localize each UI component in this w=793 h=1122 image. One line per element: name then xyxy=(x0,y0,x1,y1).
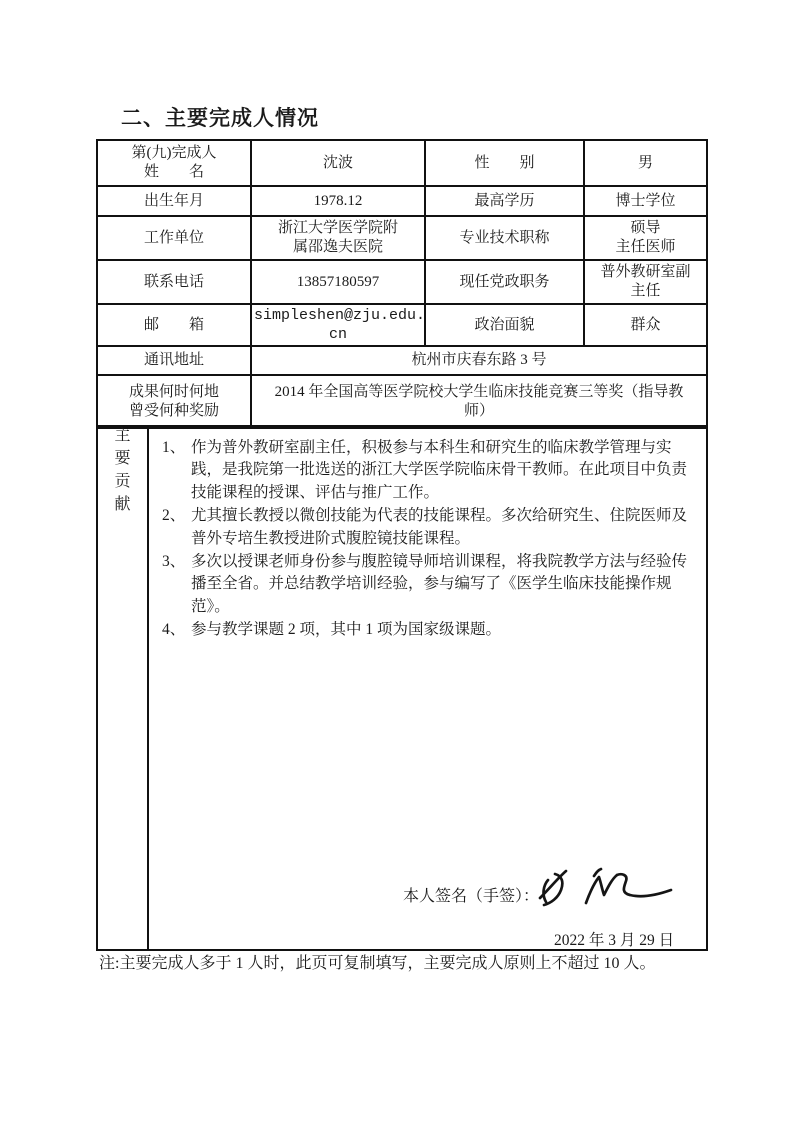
signature-date: 2022 年 3 月 29 日 xyxy=(554,928,674,950)
document-sheet: 二、主要完成人情况 第(九)完成人 姓 名 沈波 性 别 男 出生年月 1978… xyxy=(0,0,793,1122)
address-value: 杭州市庆春东路 3 号 xyxy=(251,346,707,375)
contribution-content: 1、 作为普外教研室副主任，积极参与本科生和研究生的临床教学管理与实 践，是我院… xyxy=(148,426,707,950)
completer-name-value: 沈波 xyxy=(251,140,425,186)
signature-label: 本人签名（手签）： xyxy=(403,883,539,906)
phone-value: 13857180597 xyxy=(251,260,425,304)
vertical-label: 主 要 贡 献 xyxy=(99,428,146,513)
email-label: 邮 箱 xyxy=(97,304,251,346)
item-number: 1、 xyxy=(162,437,191,504)
birth-date-value: 1978.12 xyxy=(251,186,425,216)
political-status-value: 群众 xyxy=(584,304,707,346)
party-position-value: 普外教研室副 主任 xyxy=(584,260,707,304)
address-label: 通讯地址 xyxy=(97,346,251,375)
handwritten-signature xyxy=(536,866,676,918)
phone-label: 联系电话 xyxy=(97,260,251,304)
item-text: 参与教学课题 2 项，其中 1 项为国家级课题。 xyxy=(191,619,699,641)
table-row: 主 要 贡 献 1、 作为普外教研室副主任，积极参与本科生和研究生的临床教学管理… xyxy=(97,426,707,950)
completer-name-label: 第(九)完成人 姓 名 xyxy=(97,140,251,186)
birth-date-label: 出生年月 xyxy=(97,186,251,216)
contribution-items: 1、 作为普外教研室副主任，积极参与本科生和研究生的临床教学管理与实 践，是我院… xyxy=(150,428,705,642)
gender-label: 性 别 xyxy=(425,140,584,186)
footnote: 注:主要完成人多于 1 人时，此页可复制填写，主要完成人原则上不超过 10 人。 xyxy=(99,950,655,973)
item-text: 尤其擅长教授以微创技能为代表的技能课程。多次给研究生、住院医师及 普外专培生教授… xyxy=(191,505,699,550)
table-row: 第(九)完成人 姓 名 沈波 性 别 男 xyxy=(97,140,707,186)
awards-value: 2014 年全国高等医学院校大学生临床技能竞赛三等奖（指导教 师） xyxy=(251,375,707,428)
contribution-label: 主 要 贡 献 xyxy=(97,426,148,950)
table-row: 出生年月 1978.12 最高学历 博士学位 xyxy=(97,186,707,216)
contribution-item: 4、 参与教学课题 2 项，其中 1 项为国家级课题。 xyxy=(162,619,699,641)
awards-label: 成果何时何地 曾受何种奖励 xyxy=(97,375,251,428)
table-row: 邮 箱 simpleshen@zju.edu. cn 政治面貌 群众 xyxy=(97,304,707,346)
table-row: 联系电话 13857180597 现任党政职务 普外教研室副 主任 xyxy=(97,260,707,304)
education-value: 博士学位 xyxy=(584,186,707,216)
professional-title-label: 专业技术职称 xyxy=(425,216,584,260)
gender-value: 男 xyxy=(584,140,707,186)
item-text: 作为普外教研室副主任，积极参与本科生和研究生的临床教学管理与实 践，是我院第一批… xyxy=(191,437,699,504)
education-label: 最高学历 xyxy=(425,186,584,216)
page-title: 二、主要完成人情况 xyxy=(121,102,319,132)
table-row: 成果何时何地 曾受何种奖励 2014 年全国高等医学院校大学生临床技能竞赛三等奖… xyxy=(97,375,707,428)
table-row: 工作单位 浙江大学医学院附 属邵逸夫医院 专业技术职称 硕导 主任医师 xyxy=(97,216,707,260)
party-position-label: 现任党政职务 xyxy=(425,260,584,304)
contribution-item: 2、 尤其擅长教授以微创技能为代表的技能课程。多次给研究生、住院医师及 普外专培… xyxy=(162,505,699,550)
work-unit-label: 工作单位 xyxy=(97,216,251,260)
work-unit-value: 浙江大学医学院附 属邵逸夫医院 xyxy=(251,216,425,260)
item-number: 2、 xyxy=(162,505,191,550)
item-text: 多次以授课老师身份参与腹腔镜导师培训课程，将我院教学方法与经验传 播至全省。并总… xyxy=(191,551,699,618)
professional-title-value: 硕导 主任医师 xyxy=(584,216,707,260)
table-row: 通讯地址 杭州市庆春东路 3 号 xyxy=(97,346,707,375)
email-value: simpleshen@zju.edu. cn xyxy=(251,304,425,346)
contribution-item: 3、 多次以授课老师身份参与腹腔镜导师培训课程，将我院教学方法与经验传 播至全省… xyxy=(162,551,699,618)
contribution-item: 1、 作为普外教研室副主任，积极参与本科生和研究生的临床教学管理与实 践，是我院… xyxy=(162,437,699,504)
item-number: 4、 xyxy=(162,619,191,641)
info-table: 第(九)完成人 姓 名 沈波 性 别 男 出生年月 1978.12 最高学历 博… xyxy=(96,139,708,429)
item-number: 3、 xyxy=(162,551,191,618)
political-status-label: 政治面貌 xyxy=(425,304,584,346)
contribution-table: 主 要 贡 献 1、 作为普外教研室副主任，积极参与本科生和研究生的临床教学管理… xyxy=(96,425,708,951)
